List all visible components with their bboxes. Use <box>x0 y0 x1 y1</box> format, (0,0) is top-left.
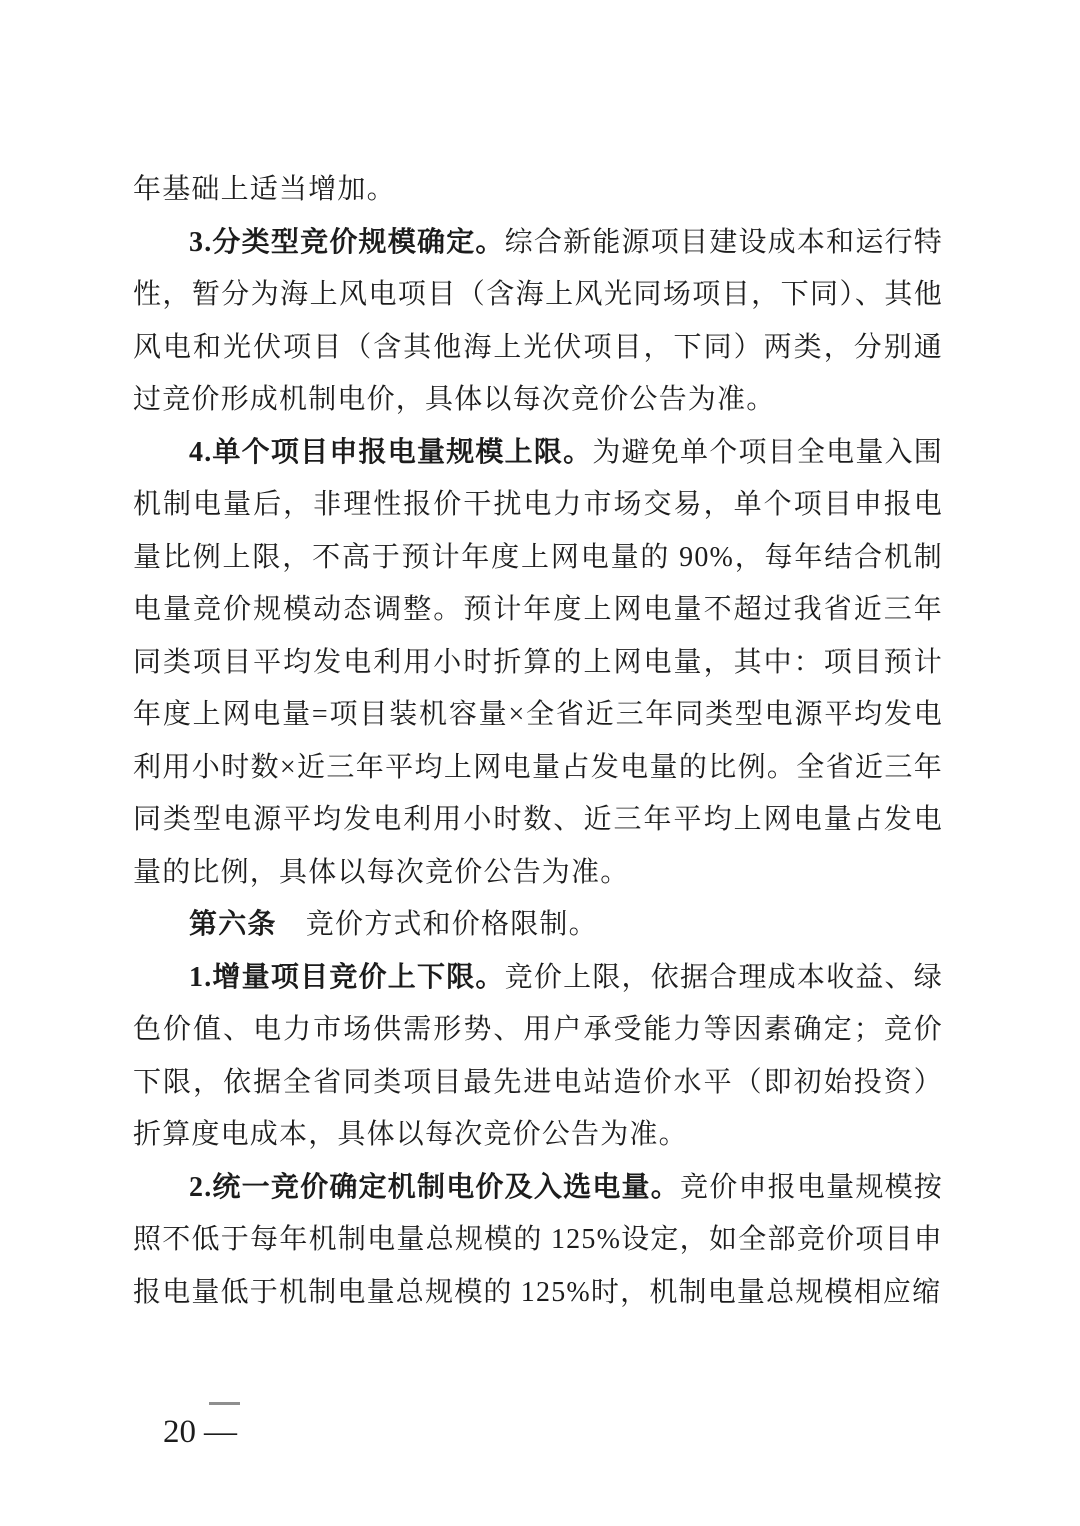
paragraph-lead: 2.统一竞价确定机制电价及入选电量。 <box>189 1172 680 1203</box>
paragraph-lead: 4.单个项目申报电量规模上限。 <box>189 437 592 468</box>
paragraph-item-4: 4.单个项目申报电量规模上限。为避免单个项目全电量入围机制电量后，非理性报价干扰… <box>133 427 943 900</box>
paragraph-lead: 1.增量项目竞价上下限。 <box>189 962 505 993</box>
article-title: 竞价方式和价格限制。 <box>277 909 598 940</box>
page-footer: 20— <box>163 1402 240 1451</box>
paragraph-item-3: 3.分类型竞价规模确定。综合新能源项目建设成本和运行特性，暂分为海上风电项目（含… <box>133 217 943 427</box>
document-page: 年基础上适当增加。 3.分类型竞价规模确定。综合新能源项目建设成本和运行特性，暂… <box>0 0 1080 1526</box>
paragraph-lead: 3.分类型竞价规模确定。 <box>189 227 505 258</box>
page-number-dash: — <box>204 1413 237 1451</box>
paragraph-text: 年基础上适当增加。 <box>133 174 396 205</box>
paragraph-article-6: 第六条 竞价方式和价格限制。 <box>133 899 943 952</box>
footer-dash-icon <box>209 1402 240 1405</box>
page-number: 20 <box>163 1414 196 1450</box>
paragraph-continuation: 年基础上适当增加。 <box>133 164 943 217</box>
paragraph-text: 为避免单个项目全电量入围机制电量后，非理性报价干扰电力市场交易，单个项目申报电量… <box>133 437 943 888</box>
page-number-line: 20— <box>163 1413 240 1451</box>
document-body: 年基础上适当增加。 3.分类型竞价规模确定。综合新能源项目建设成本和运行特性，暂… <box>133 164 943 1319</box>
paragraph-item-2: 2.统一竞价确定机制电价及入选电量。竞价申报电量规模按照不低于每年机制电量总规模… <box>133 1162 943 1320</box>
article-number: 第六条 <box>189 909 277 940</box>
paragraph-item-1: 1.增量项目竞价上下限。竞价上限，依据合理成本收益、绿色价值、电力市场供需形势、… <box>133 952 943 1162</box>
